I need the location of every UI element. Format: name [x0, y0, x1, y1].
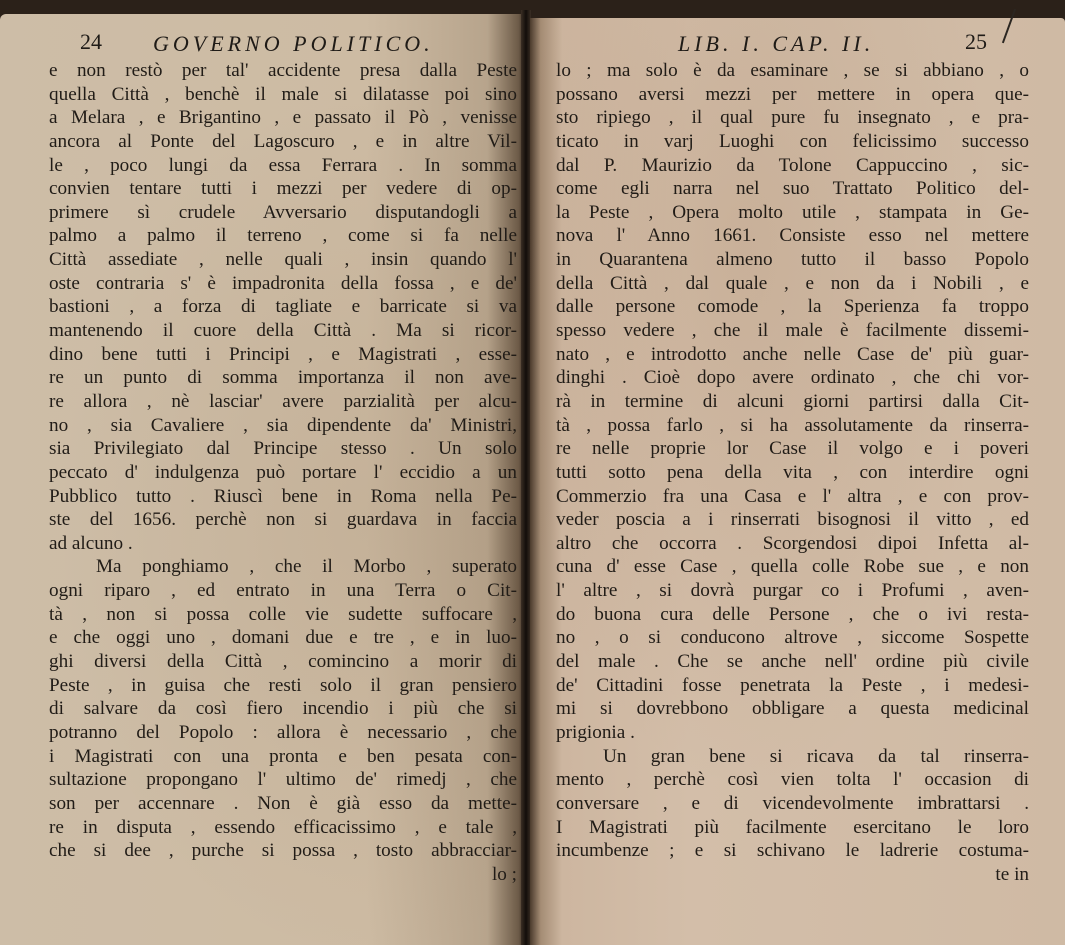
text-line: del male . Che se anche nell' ordine più… [556, 650, 1029, 674]
text-line: Città assediate , nelle quali , insin qu… [49, 248, 517, 272]
text-line: palmo a palmo il terreno , come si fa ne… [49, 224, 517, 248]
text-line: re allora , nè lasciar' avere parzialità… [49, 390, 517, 414]
text-line: do buona cura delle Persone , che o ivi … [556, 603, 1029, 627]
text-line: Commerzio fra una Casa e l' altra , e co… [556, 485, 1029, 509]
text-line: re nelle proprie lor Case il volgo e i p… [556, 437, 1029, 461]
text-line: re un punto di somma importanza il non a… [49, 366, 517, 390]
catchword: lo ; [49, 863, 517, 887]
catchword: te in [556, 863, 1029, 887]
text-line: la Peste , Opera molto utile , stampata … [556, 201, 1029, 225]
text-line: sto ripiego , il qual pure fu insegnato … [556, 106, 1029, 130]
left-page-number: 24 [80, 29, 102, 55]
text-line: tutti sotto pena della vita , con interd… [556, 461, 1029, 485]
text-line: ancora al Ponte del Lagoscuro , e in alt… [49, 130, 517, 154]
right-page-body: lo ; ma solo è da esaminare , se si abbi… [556, 59, 1029, 886]
text-line: quella Città , benchè il male si dilatas… [49, 83, 517, 107]
text-line: spesso vedere , che il male è facilmente… [556, 319, 1029, 343]
left-page-body: e non restò per tal' accidente presa dal… [49, 59, 517, 886]
text-line: incumbenze ; e si schivano le ladrerie c… [556, 839, 1029, 863]
text-line: Pubblico tutto . Riuscì bene in Roma nel… [49, 485, 517, 509]
text-line: dal P. Maurizio da Tolone Cappuccino , s… [556, 154, 1029, 178]
paragraph-start-line: Ma ponghiamo , che il Morbo , superato [49, 555, 517, 579]
text-line: dino bene tutti i Principi , e Magistrat… [49, 343, 517, 367]
text-line: mento , perchè così vien tolta l' occasi… [556, 768, 1029, 792]
text-line: son per accennare . Non è già esso da me… [49, 792, 517, 816]
text-line: dalle persone comode , la Sperienza fa t… [556, 295, 1029, 319]
text-line: no , sia Cavaliere , sia dipendente da' … [49, 414, 517, 438]
text-line: possano aversi mezzi per mettere in oper… [556, 83, 1029, 107]
paragraph-end-line: prigionia . [556, 721, 1029, 745]
text-line: potranno del Popolo : allora è necessari… [49, 721, 517, 745]
text-line: Peste , in guisa che resti solo il gran … [49, 674, 517, 698]
text-line: come egli narra nel suo Trattato Politic… [556, 177, 1029, 201]
text-line: re in disputa , essendo efficacissimo , … [49, 816, 517, 840]
text-line: della Città , dal quale , e non da i Nob… [556, 272, 1029, 296]
paragraph-end-line: ad alcuno . [49, 532, 517, 556]
text-line: sultazione propongano l' ultimo de' rime… [49, 768, 517, 792]
text-line: cuna d' esse Case , quella colle Robe su… [556, 555, 1029, 579]
book-spread: 24 GOVERNO POLITICO. e non restò per tal… [0, 0, 1065, 945]
text-line: l' altre , si dovrà purgar co i Profumi … [556, 579, 1029, 603]
text-line: primere sì crudele Avversario disputando… [49, 201, 517, 225]
text-line: nato , e introdotto anche nelle Case de'… [556, 343, 1029, 367]
text-line: convien tentare tutti i mezzi per vedere… [49, 177, 517, 201]
right-page-number: 25 [965, 29, 987, 55]
text-line: mi si dovrebbono obbligare a questa medi… [556, 697, 1029, 721]
text-line: de' Cittadini fosse penetrata la Peste ,… [556, 674, 1029, 698]
text-line: sia Privilegiato dal Principe stesso . U… [49, 437, 517, 461]
text-line: I Magistrati più facilmente esercitano l… [556, 816, 1029, 840]
text-line: no , o si conducono altrove , siccome So… [556, 626, 1029, 650]
text-line: e non restò per tal' accidente presa dal… [49, 59, 517, 83]
text-line: veder poscia a i rinserrati bisognosi il… [556, 508, 1029, 532]
text-line: dinghi . Cioè dopo avere ordinato , che … [556, 366, 1029, 390]
text-line: tà , possa farlo , si ha assolutamente d… [556, 414, 1029, 438]
text-line: a Melara , e Brigantino , e passato il P… [49, 106, 517, 130]
text-line: ste del 1656. perchè non si guardava in … [49, 508, 517, 532]
left-running-head: GOVERNO POLITICO. [153, 31, 434, 57]
text-line: nova l' Anno 1661. Consiste esso nel met… [556, 224, 1029, 248]
text-line: ghi diversi della Città , comincino a mo… [49, 650, 517, 674]
text-line: altro che occorra . Scorgendosi dipoi In… [556, 532, 1029, 556]
text-line: rà in termine di alcuni giorni partirsi … [556, 390, 1029, 414]
text-line: i Magistrati con una pronta e ben pesata… [49, 745, 517, 769]
right-running-head: LIB. I. CAP. II. [678, 31, 874, 57]
text-line: oste contraria s' è impadronita della fo… [49, 272, 517, 296]
text-line: e che oggi uno , domani due e tre , e in… [49, 626, 517, 650]
text-line: ogni riparo , ed entrato in una Terra o … [49, 579, 517, 603]
text-line: che si dee , purche si possa , tosto abb… [49, 839, 517, 863]
text-line: peccato d' indulgenza può portare l' ecc… [49, 461, 517, 485]
text-line: bastioni , a forza di tagliate e barrica… [49, 295, 517, 319]
text-line: tà , non si possa colle vie sudette suff… [49, 603, 517, 627]
left-page: 24 GOVERNO POLITICO. e non restò per tal… [0, 14, 524, 945]
text-line: lo ; ma solo è da esaminare , se si abbi… [556, 59, 1029, 83]
text-line: conversare , e di vicendevolmente imbrat… [556, 792, 1029, 816]
text-line: in Quarantena almeno tutto il basso Popo… [556, 248, 1029, 272]
paragraph-start-line: Un gran bene si ricava da tal rinserra- [556, 745, 1029, 769]
text-line: ticato in varj Luoghi con felicissimo su… [556, 130, 1029, 154]
text-line: di salvare da così fiero incendio i più … [49, 697, 517, 721]
text-line: le , poco lungi da essa Ferrara . In som… [49, 154, 517, 178]
text-line: mantenendo il cuore della Città . Ma si … [49, 319, 517, 343]
right-page: LIB. I. CAP. II. 25 lo ; ma solo è da es… [530, 18, 1065, 945]
